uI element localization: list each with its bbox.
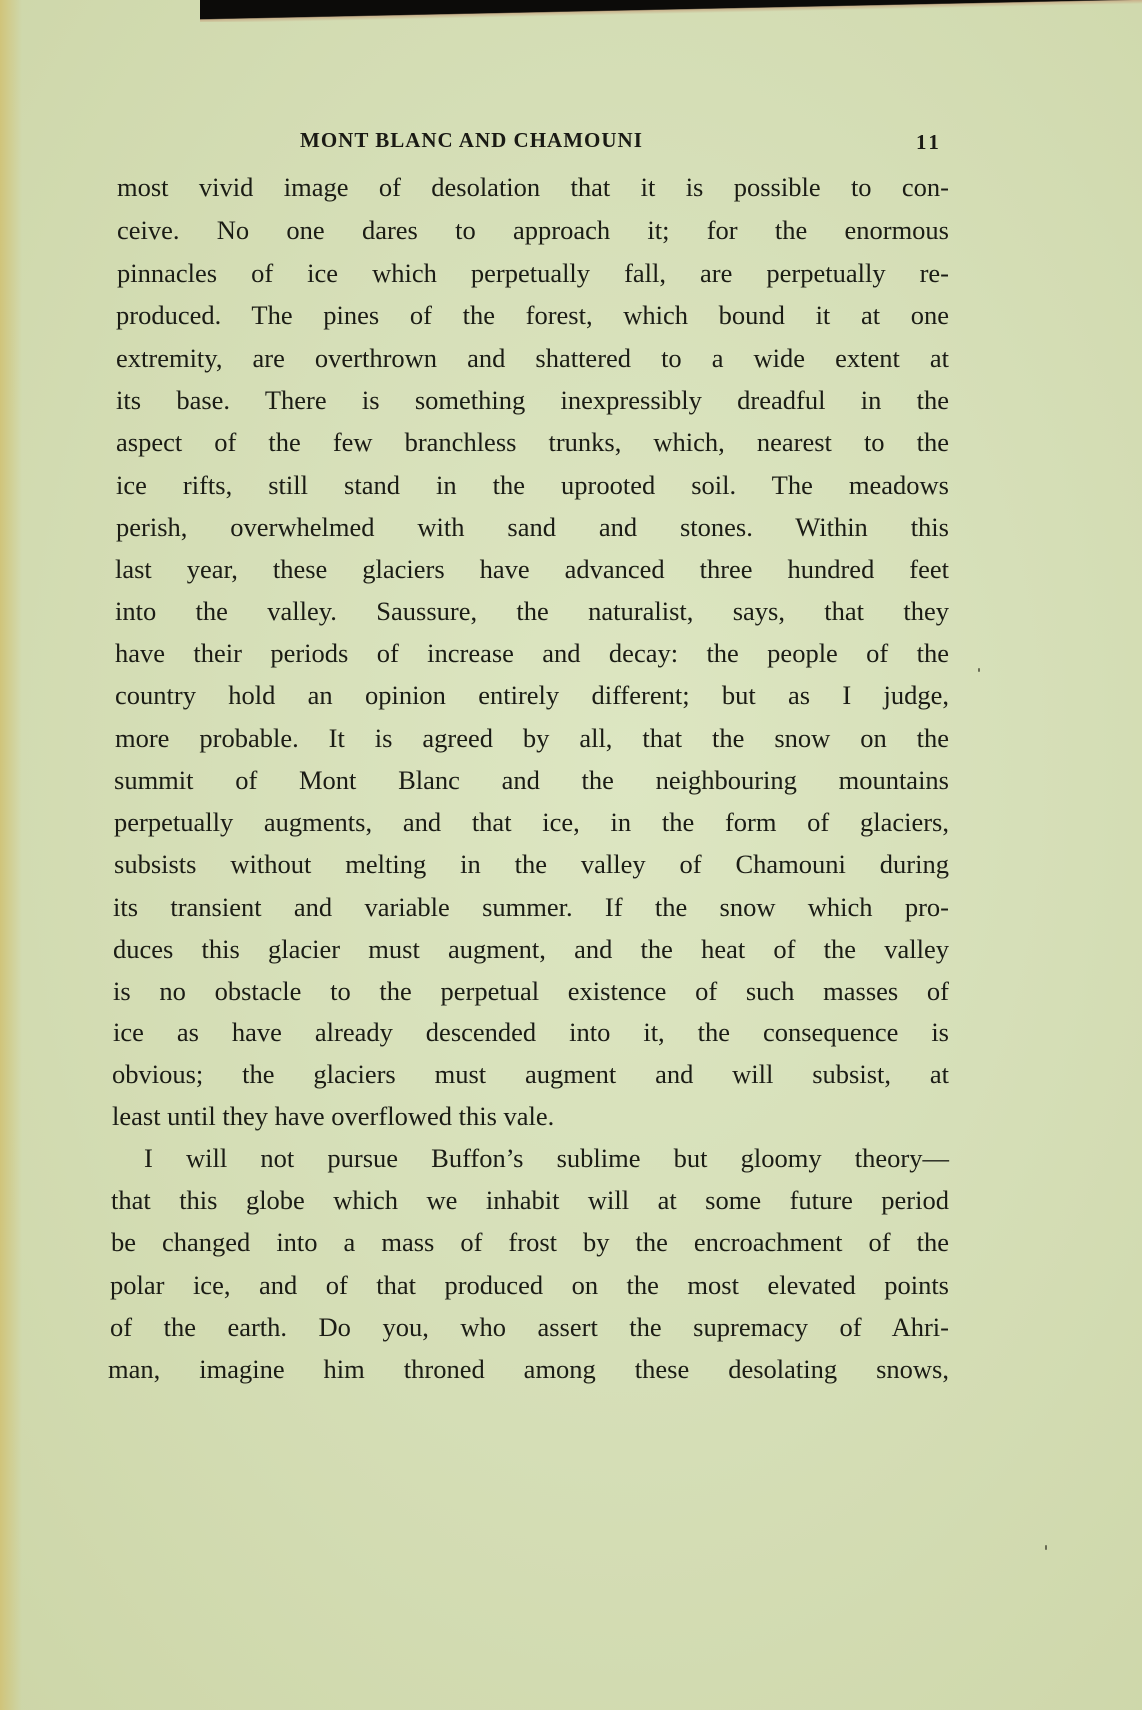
text-line: into the valley. Saussure, the naturalis… (115, 594, 949, 628)
text-line: subsists without melting in the valley o… (114, 847, 949, 881)
text-line: aspect of the few branchless trunks, whi… (116, 425, 949, 459)
text-line: perpetually augments, and that ice, in t… (114, 805, 949, 839)
text-line: ice as have already descended into it, t… (113, 1015, 949, 1049)
text-line: I will not pursue Buffon’s sublime but g… (144, 1141, 949, 1175)
text-line: least until they have overflowed this va… (112, 1099, 949, 1133)
text-line: its base. There is something inexpressib… (116, 383, 949, 417)
text-line: ceive. No one dares to approach it; for … (117, 213, 949, 247)
text-line: summit of Mont Blanc and the neighbourin… (114, 763, 949, 797)
text-line: more probable. It is agreed by all, that… (115, 721, 949, 755)
text-line: of the earth. Do you, who assert the sup… (110, 1310, 949, 1344)
book-top-edge-shadow (200, 0, 1142, 22)
text-line: last year, these glaciers have advanced … (115, 552, 949, 586)
text-line: produced. The pines of the forest, which… (116, 298, 949, 332)
text-line: extremity, are overthrown and shattered … (116, 341, 949, 375)
paper-speck (1045, 1545, 1047, 1550)
text-line: have their periods of increase and decay… (115, 636, 949, 670)
text-line: polar ice, and of that produced on the m… (110, 1268, 949, 1302)
text-line: be changed into a mass of frost by the e… (111, 1225, 949, 1259)
page-number: 11 (916, 130, 942, 155)
text-line: pinnacles of ice which perpetually fall,… (117, 256, 949, 290)
text-line: that this globe which we inhabit will at… (111, 1183, 949, 1217)
text-line: is no obstacle to the perpetual existenc… (113, 974, 949, 1008)
paper-speck (978, 668, 980, 672)
running-head: MONT BLANC AND CHAMOUNI (300, 128, 643, 153)
text-line: most vivid image of desolation that it i… (117, 170, 949, 204)
text-line: duces this glacier must augment, and the… (113, 932, 949, 966)
page-left-edge-shading (0, 0, 22, 1710)
text-line: obvious; the glaciers must augment and w… (112, 1057, 949, 1091)
text-line: ice rifts, still stand in the uprooted s… (116, 468, 949, 502)
text-line: its transient and variable summer. If th… (113, 890, 949, 924)
text-line: man, imagine him throned among these des… (108, 1352, 949, 1386)
text-line: perish, overwhelmed with sand and stones… (116, 510, 949, 544)
text-line: country hold an opinion entirely differe… (115, 678, 949, 712)
